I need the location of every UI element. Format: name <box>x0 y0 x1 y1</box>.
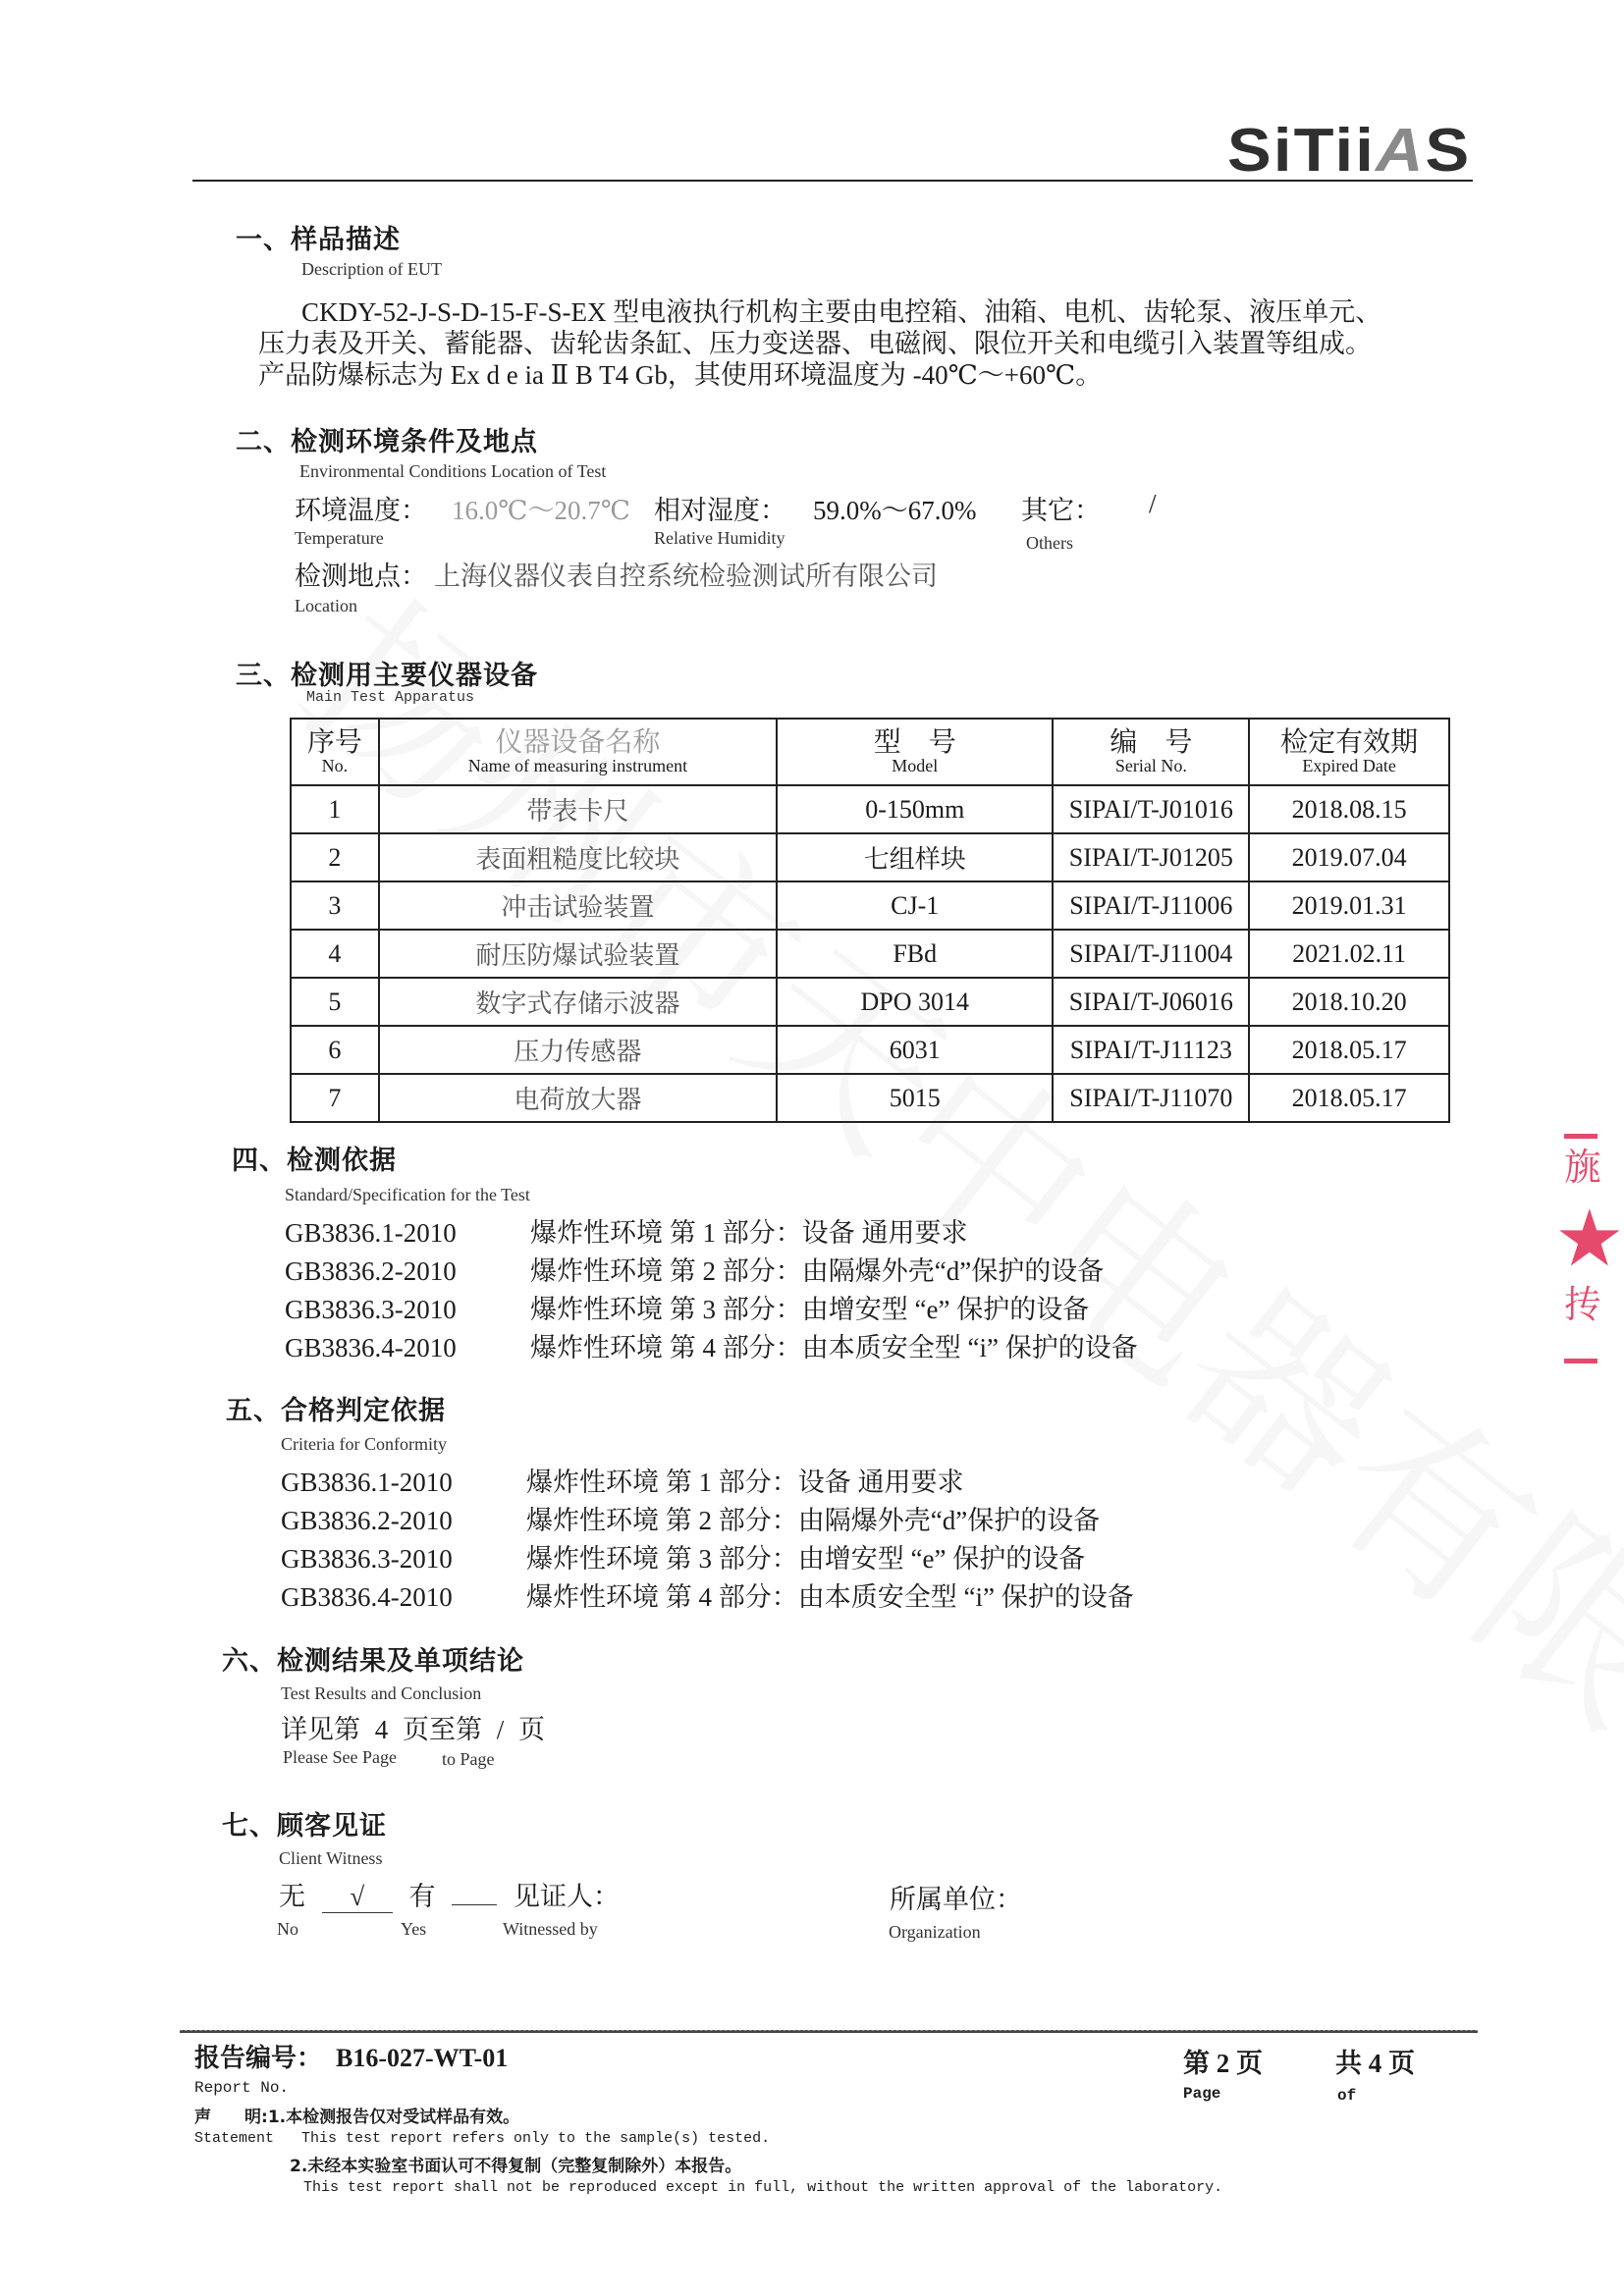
organization-en: Organization <box>889 1922 981 1943</box>
cell-no: 7 <box>291 1074 379 1122</box>
cell-expired: 2018.10.20 <box>1249 978 1449 1026</box>
cell-model: FBd <box>777 930 1053 978</box>
results-from-page: 4 <box>375 1715 389 1744</box>
standard-code: GB3836.4-2010 <box>281 1582 526 1613</box>
witness-no-checkmark: √ <box>322 1882 393 1913</box>
cell-expired: 2018.05.17 <box>1249 1074 1449 1122</box>
cell-serial: SIPAI/T-J01205 <box>1053 833 1249 881</box>
cell-serial: SIPAI/T-J01016 <box>1053 785 1249 833</box>
logo-tail: S <box>1426 117 1472 185</box>
standard-code: GB3836.4-2010 <box>285 1333 530 1363</box>
statement-2-en: This test report shall not be reproduced… <box>303 2179 1222 2196</box>
col-cn: 编 号 <box>1054 728 1248 757</box>
witness-yes-en: Yes <box>401 1919 426 1940</box>
section-4-subtitle: Standard/Specification for the Test <box>285 1185 530 1205</box>
cell-model: DPO 3014 <box>777 978 1053 1026</box>
stamp-top-char: 旐 <box>1564 1148 1597 1186</box>
standard-desc: 爆炸性环境 第 2 部分：由隔爆外壳“d”保护的设备 <box>526 1499 1100 1537</box>
col-en: Serial No. <box>1054 757 1248 775</box>
col-header-expired: 检定有效期Expired Date <box>1249 719 1449 785</box>
cell-name: 电荷放大器 <box>379 1074 777 1122</box>
total-en: of <box>1337 2087 1356 2105</box>
total-pages: 4 <box>1369 2049 1382 2078</box>
results-suffix: 页 <box>518 1715 545 1744</box>
footer-divider <box>180 2030 1478 2033</box>
report-no-en: Report No. <box>194 2079 289 2097</box>
cell-serial: SIPAI/T-J11006 <box>1053 881 1249 930</box>
seal-stamp: 旐 ★ 抟 <box>1564 1134 1597 1363</box>
section-2-title: 二、检测环境条件及地点 <box>236 420 538 458</box>
witness-yes-field <box>452 1904 497 1905</box>
col-cn: 序号 <box>292 728 378 757</box>
cell-name: 表面粗糙度比较块 <box>379 833 777 881</box>
statement-en-label: Statement <box>194 2130 274 2147</box>
col-en: No. <box>292 757 378 775</box>
results-mid: 页至第 <box>403 1715 482 1744</box>
section-6-title: 六、检测结果及单项结论 <box>222 1639 524 1678</box>
statement-1-en: StatementThis test report refers only to… <box>194 2130 770 2147</box>
standard-item: GB3836.4-2010爆炸性环境 第 4 部分：由本质安全型 “i” 保护的… <box>281 1575 1134 1614</box>
col-en: Expired Date <box>1250 757 1448 775</box>
cell-model: CJ-1 <box>777 881 1053 930</box>
cell-expired: 2019.07.04 <box>1249 833 1449 881</box>
cell-no: 3 <box>291 881 379 930</box>
table-row: 2 表面粗糙度比较块 七组样块 SIPAI/T-J01205 2019.07.0… <box>291 833 1449 881</box>
table-row: 1 带表卡尺 0-150mm SIPAI/T-J01016 2018.08.15 <box>291 785 1449 833</box>
standard-desc: 爆炸性环境 第 1 部分：设备 通用要求 <box>526 1461 964 1499</box>
client-witness-row: 无 √ 有 见证人： <box>279 1875 620 1913</box>
table-row: 4 耐压防爆试验装置 FBd SIPAI/T-J11004 2021.02.11 <box>291 930 1449 978</box>
humidity-label: 相对湿度： <box>654 489 786 527</box>
standard-code: GB3836.1-2010 <box>281 1468 526 1498</box>
cell-no: 4 <box>291 930 379 978</box>
cell-serial: SIPAI/T-J06016 <box>1053 978 1249 1026</box>
report-no-label: 报告编号： <box>194 2044 322 2073</box>
section-4-title: 四、检测依据 <box>232 1139 397 1177</box>
page-label-pre: 第 <box>1183 2049 1210 2078</box>
cell-expired: 2018.08.15 <box>1249 785 1449 833</box>
temperature-label: 环境温度： <box>295 489 427 527</box>
standard-code: GB3836.3-2010 <box>285 1295 530 1325</box>
others-label: 其它： <box>1021 489 1101 527</box>
cell-name: 带表卡尺 <box>379 785 777 833</box>
standard-item: GB3836.3-2010爆炸性环境 第 3 部分：由增安型 “e” 保护的设备 <box>281 1537 1134 1575</box>
page-label-post: 页 <box>1236 2049 1263 2078</box>
logo-accent: A <box>1376 117 1426 185</box>
report-no-value: B16-027-WT-01 <box>336 2044 508 2072</box>
temperature-value: 16.0℃～20.7℃ <box>452 489 630 527</box>
cell-name: 压力传感器 <box>379 1026 777 1074</box>
test-standards-list: GB3836.1-2010爆炸性环境 第 1 部分：设备 通用要求 GB3836… <box>285 1211 1138 1364</box>
cell-serial: SIPAI/T-J11004 <box>1053 930 1249 978</box>
table-row: 7 电荷放大器 5015 SIPAI/T-J11070 2018.05.17 <box>291 1074 1449 1122</box>
table-row: 6 压力传感器 6031 SIPAI/T-J11123 2018.05.17 <box>291 1026 1449 1074</box>
cell-model: 6031 <box>777 1026 1053 1074</box>
others-value: / <box>1149 489 1157 519</box>
witnessed-by-label: 见证人： <box>514 1882 620 1911</box>
stamp-bottom-bar <box>1564 1359 1597 1363</box>
standard-desc: 爆炸性环境 第 3 部分：由增安型 “e” 保护的设备 <box>526 1537 1085 1575</box>
star-icon: ★ <box>1554 1200 1597 1278</box>
standard-desc: 爆炸性环境 第 4 部分：由本质安全型 “i” 保护的设备 <box>530 1326 1138 1364</box>
statement-label: 声 明: <box>194 2108 268 2127</box>
results-to-page: / <box>497 1715 505 1744</box>
section-5-subtitle: Criteria for Conformity <box>281 1434 447 1455</box>
header-divider <box>192 180 1473 182</box>
section-1-title: 一、样品描述 <box>236 218 401 256</box>
col-header-name: 仪器设备名称Name of measuring instrument <box>379 719 777 785</box>
location-en: Location <box>295 596 357 616</box>
page-number: 2 <box>1217 2049 1230 2078</box>
standard-code: GB3836.3-2010 <box>281 1544 526 1575</box>
cell-model: 七组样块 <box>777 833 1053 881</box>
report-number: 报告编号：B16-027-WT-01 <box>194 2038 508 2074</box>
cell-serial: SIPAI/T-J11070 <box>1053 1074 1249 1122</box>
table-row: 5 数字式存储示波器 DPO 3014 SIPAI/T-J06016 2018.… <box>291 978 1449 1026</box>
cell-no: 5 <box>291 978 379 1026</box>
standard-item: GB3836.1-2010爆炸性环境 第 1 部分：设备 通用要求 <box>285 1211 1138 1250</box>
statement-1: 声 明:1.本检测报告仅对受试样品有效。 <box>194 2103 519 2127</box>
standard-code: GB3836.2-2010 <box>281 1506 526 1536</box>
cell-no: 2 <box>291 833 379 881</box>
conformity-standards-list: GB3836.1-2010爆炸性环境 第 1 部分：设备 通用要求 GB3836… <box>281 1461 1134 1614</box>
standard-desc: 爆炸性环境 第 2 部分：由隔爆外壳“d”保护的设备 <box>530 1250 1104 1288</box>
page-en: Page <box>1183 2085 1220 2103</box>
standard-code: GB3836.2-2010 <box>285 1256 530 1287</box>
apparatus-table: 序号No. 仪器设备名称Name of measuring instrument… <box>290 718 1450 1123</box>
humidity-en: Relative Humidity <box>654 528 785 549</box>
cell-model: 5015 <box>777 1074 1053 1122</box>
witnessed-by-en: Witnessed by <box>503 1919 598 1940</box>
section-7-subtitle: Client Witness <box>279 1848 382 1869</box>
col-en: Model <box>778 757 1052 775</box>
standard-desc: 爆炸性环境 第 4 部分：由本质安全型 “i” 保护的设备 <box>526 1575 1134 1614</box>
section-6-subtitle: Test Results and Conclusion <box>281 1683 481 1704</box>
eut-description-line-3: 产品防爆标志为 Ex d e ia Ⅱ B T4 Gb，其使用环境温度为 -40… <box>258 353 1102 392</box>
col-header-serial: 编 号Serial No. <box>1053 719 1249 785</box>
witness-no-label: 无 <box>279 1882 305 1911</box>
results-prefix: 详见第 <box>281 1715 360 1744</box>
cell-serial: SIPAI/T-J11123 <box>1053 1026 1249 1074</box>
col-cn: 仪器设备名称 <box>380 728 776 757</box>
location-label: 检测地点： <box>295 555 427 593</box>
table-row: 3 冲击试验装置 CJ-1 SIPAI/T-J11006 2019.01.31 <box>291 881 1449 930</box>
standard-desc: 爆炸性环境 第 1 部分：设备 通用要求 <box>530 1211 968 1250</box>
col-cn: 型 号 <box>778 728 1052 757</box>
standard-item: GB3836.4-2010爆炸性环境 第 4 部分：由本质安全型 “i” 保护的… <box>285 1326 1138 1364</box>
stamp-bottom-char: 抟 <box>1564 1286 1597 1323</box>
cell-expired: 2021.02.11 <box>1249 930 1449 978</box>
standard-item: GB3836.2-2010爆炸性环境 第 2 部分：由隔爆外壳“d”保护的设备 <box>285 1250 1138 1288</box>
section-2-subtitle: Environmental Conditions Location of Tes… <box>299 461 606 482</box>
statement-1-text: 1.本检测报告仅对受试样品有效。 <box>268 2108 519 2127</box>
cell-no: 6 <box>291 1026 379 1074</box>
organization-label: 所属单位： <box>890 1878 1022 1916</box>
col-cn: 检定有效期 <box>1250 728 1448 757</box>
section-5-title: 五、合格判定依据 <box>226 1389 446 1427</box>
standard-item: GB3836.3-2010爆炸性环境 第 3 部分：由增安型 “e” 保护的设备 <box>285 1288 1138 1326</box>
statement-1-en-text: This test report refers only to the samp… <box>301 2130 770 2147</box>
table-header-row: 序号No. 仪器设备名称Name of measuring instrument… <box>291 719 1449 785</box>
results-en-from: Please See Page <box>283 1747 397 1768</box>
col-header-model: 型 号Model <box>777 719 1053 785</box>
cell-no: 1 <box>291 785 379 833</box>
logo-text: SiTii <box>1227 117 1376 185</box>
company-logo: SiTiiAS <box>1227 116 1471 186</box>
col-header-no: 序号No. <box>291 719 379 785</box>
total-label-post: 页 <box>1388 2049 1415 2078</box>
standard-item: GB3836.1-2010爆炸性环境 第 1 部分：设备 通用要求 <box>281 1461 1134 1499</box>
cell-expired: 2018.05.17 <box>1249 1026 1449 1074</box>
cell-name: 耐压防爆试验装置 <box>379 930 777 978</box>
humidity-value: 59.0%～67.0% <box>813 489 976 527</box>
cell-model: 0-150mm <box>777 785 1053 833</box>
cell-name: 冲击试验装置 <box>379 881 777 930</box>
temperature-en: Temperature <box>295 528 384 549</box>
standard-item: GB3836.2-2010爆炸性环境 第 2 部分：由隔爆外壳“d”保护的设备 <box>281 1499 1134 1537</box>
results-page-range: 详见第 4 页至第 / 页 <box>281 1708 545 1746</box>
standard-code: GB3836.1-2010 <box>285 1218 530 1249</box>
section-7-title: 七、顾客见证 <box>222 1804 387 1842</box>
results-en-to: to Page <box>442 1749 495 1770</box>
witness-yes-label: 有 <box>409 1882 436 1911</box>
total-pages-indicator: 共 4 页 <box>1335 2042 1415 2080</box>
stamp-top-bar <box>1564 1134 1597 1139</box>
total-label-pre: 共 <box>1335 2049 1362 2078</box>
location-value: 上海仪器仪表自控系统检验测试所有限公司 <box>434 555 938 593</box>
col-en: Name of measuring instrument <box>380 757 776 775</box>
section-1-subtitle: Description of EUT <box>301 259 442 280</box>
section-3-title: 三、检测用主要仪器设备 <box>236 654 538 692</box>
section-3-subtitle: Main Test Apparatus <box>306 689 474 706</box>
standard-desc: 爆炸性环境 第 3 部分：由增安型 “e” 保护的设备 <box>530 1288 1089 1326</box>
cell-name: 数字式存储示波器 <box>379 978 777 1026</box>
statement-2: 2.未经本实验室书面认可不得复制（完整复制除外）本报告。 <box>290 2152 741 2176</box>
others-en: Others <box>1026 533 1073 554</box>
cell-expired: 2019.01.31 <box>1249 881 1449 930</box>
witness-no-en: No <box>277 1919 298 1940</box>
page-indicator: 第 2 页 <box>1183 2042 1263 2080</box>
